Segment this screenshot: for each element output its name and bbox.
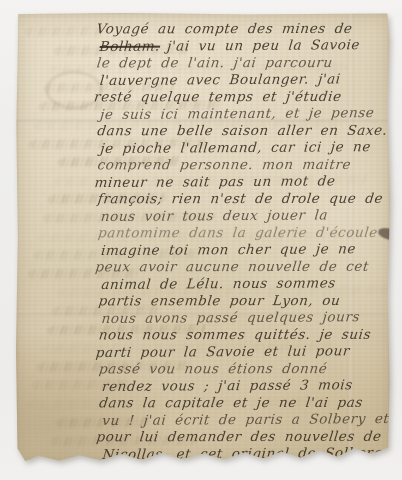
letter-line-ink: comprend personne. mon maitre <box>97 157 353 174</box>
letter-line: Nicollas, et cet original de Solberge <box>102 445 390 462</box>
letter-line-text: je suis ici maintenant, et je pense <box>99 105 375 123</box>
letter-line: Bolham.j'ai vu un peu la Savoie <box>100 37 390 56</box>
letter-line-ink: dans la capitale et je ne l'ai pas <box>98 395 364 412</box>
letter-line-text: pour lui demander des nouvelles de <box>96 429 383 446</box>
scanned-letter-photo: Voyagé au compte des mines deBolham.j'ai… <box>0 0 402 480</box>
letter-line-text: pantomime dans la galerie d'écoule <box>97 225 379 242</box>
letter-line-ink: nous avons passé quelques jours <box>101 309 361 328</box>
letter-line-text: l'auvergne avec Boulanger. j'ai <box>99 71 341 89</box>
letter-line: mineur ne sait pas un mot de <box>95 173 390 192</box>
letter-line: pour lui demander des nouvelles de <box>96 428 390 447</box>
letter-line: le dept de l'ain. j'ai parcouru <box>97 54 390 73</box>
letter-line-text: mineur ne sait pas un mot de <box>94 173 336 191</box>
struck-word: Bolham. <box>99 39 161 55</box>
letter-line-ink: partis ensemble pour Lyon, ou <box>97 293 341 310</box>
letter-line-text: resté quelque temps et j'étudie <box>93 89 342 105</box>
letter-line-text: dans une belle saison aller en Saxe. <box>96 123 388 140</box>
letter-line-ink: françois; rien n'est de drole que de <box>97 191 384 209</box>
letter-line: imagine toi mon cher que je ne <box>101 241 390 260</box>
letter-line-ink: Voyagé au compte des mines de <box>96 21 354 38</box>
letter-line-ink: pantomime dans la galerie d'écoule <box>97 225 379 243</box>
letter-line: Voyagé au compte des mines de <box>96 20 390 39</box>
letter-line-ink: Nicollas, et cet original de Solberge <box>102 445 390 462</box>
letter-line-text: Voyagé au compte des mines de <box>96 21 354 37</box>
bleedthrough-row <box>25 27 107 37</box>
letter-line-text: nous voir tous deux jouer la <box>100 207 329 225</box>
letter-paper-shadow: Voyagé au compte des mines deBolham.j'ai… <box>16 13 390 462</box>
letter-line-text: parti pour la Savoie et lui pour <box>95 343 351 361</box>
letter-line: resté quelque temps et j'étudie <box>94 88 390 107</box>
letter-line-ink: je suis ici maintenant, et je pense <box>99 105 375 124</box>
letter-line-text: comprend personne. mon maitre <box>97 157 352 173</box>
letter-line-ink: imagine toi mon cher que je ne <box>100 241 357 260</box>
letter-line: je suis ici maintenant, et je pense <box>100 105 390 124</box>
letter-line: pantomime dans la galerie d'écoule <box>98 224 390 243</box>
letter-line-text: imagine toi mon cher que je ne <box>100 241 357 259</box>
letter-line-ink: peux avoir aucune nouvelle de cet <box>94 259 370 276</box>
letter-line-ink: resté quelque temps et j'étudie <box>93 89 343 106</box>
letter-line-text: partis ensemble pour Lyon, ou <box>98 293 342 309</box>
letter-line-text: françois; rien n'est de drole que de <box>97 191 384 208</box>
letter-line: parti pour la Savoie et lui pour <box>96 343 390 362</box>
letter-line: peux avoir aucune nouvelle de cet <box>95 258 390 277</box>
letter-line: l'auvergne avec Boulanger. j'ai <box>100 71 390 90</box>
letter-line: vu ! j'ai écrit de paris a Solbery et <box>102 411 390 430</box>
letter-line-ink: passé vou nous étions donné <box>98 361 328 378</box>
letter-line-text: animal de Lélu. nous sommes <box>101 275 337 293</box>
letter-line: dans une belle saison aller en Saxe. <box>97 122 390 141</box>
letter-line-text: nous avons passé quelques jours <box>101 309 361 327</box>
letter-line: nous nous sommes quittés. je suis <box>99 326 390 345</box>
letter-line-text: le dept de l'ain. j'ai parcouru <box>96 55 334 71</box>
letter-line: rendez vous ; j'ai passé 3 mois <box>102 377 390 396</box>
letter-line-ink: nous voir tous deux jouer la <box>100 207 329 226</box>
letter-line-text: nous nous sommes quittés. je suis <box>98 327 372 343</box>
letter-line: nous voir tous deux jouer la <box>101 207 390 226</box>
letter-line-ink: je pioche l'allemand, car ici je ne <box>100 139 372 158</box>
letter-line-text: vu ! j'ai écrit de paris a Solbery et <box>102 411 390 429</box>
letter-text: Voyagé au compte des mines deBolham.j'ai… <box>96 20 390 462</box>
letter-line: comprend personne. mon maitre <box>97 156 390 175</box>
letter-line: dans la capitale et je ne l'ai pas <box>99 394 390 413</box>
letter-line-ink: nous nous sommes quittés. je suis <box>98 327 372 344</box>
letter-line: françois; rien n'est de drole que de <box>98 190 390 209</box>
letter-line-ink: Bolham.j'ai vu un peu la Savoie <box>99 37 361 56</box>
letter-line-ink: l'auvergne avec Boulanger. j'ai <box>99 71 341 90</box>
letter-line-text: passé vou nous étions donné <box>98 361 328 377</box>
letter-line-text: peux avoir aucune nouvelle de cet <box>94 259 370 275</box>
letter-line: animal de Lélu. nous sommes <box>101 275 390 294</box>
letter-line-text: Nicollas, et cet original de Solberge <box>102 445 390 462</box>
letter-line: passé vou nous étions donné <box>99 360 390 379</box>
letter-line-text: dans la capitale et je ne l'ai pas <box>98 395 364 411</box>
letter-line: partis ensemble pour Lyon, ou <box>98 292 390 311</box>
letter-paper: Voyagé au compte des mines deBolham.j'ai… <box>16 13 390 462</box>
letter-line-ink: dans une belle saison aller en Saxe. <box>96 123 388 141</box>
letter-line: je pioche l'allemand, car ici je ne <box>100 139 390 158</box>
letter-line-ink: rendez vous ; j'ai passé 3 mois <box>101 377 353 396</box>
letter-line-text: rendez vous ; j'ai passé 3 mois <box>101 377 353 395</box>
letter-line-ink: parti pour la Savoie et lui pour <box>95 343 351 362</box>
letter-line-ink: mineur ne sait pas un mot de <box>94 173 337 192</box>
letter-line-ink: pour lui demander des nouvelles de <box>95 429 382 447</box>
letter-line-ink: le dept de l'ain. j'ai parcouru <box>96 55 334 72</box>
letter-line-text: je pioche l'allemand, car ici je ne <box>100 139 372 157</box>
letter-line: nous avons passé quelques jours <box>101 309 390 328</box>
letter-line-ink: vu ! j'ai écrit de paris a Solbery et <box>101 411 390 430</box>
letter-line-ink: animal de Lélu. nous sommes <box>100 275 336 294</box>
letter-line-text: j'ai vu un peu la Savoie <box>166 37 360 54</box>
